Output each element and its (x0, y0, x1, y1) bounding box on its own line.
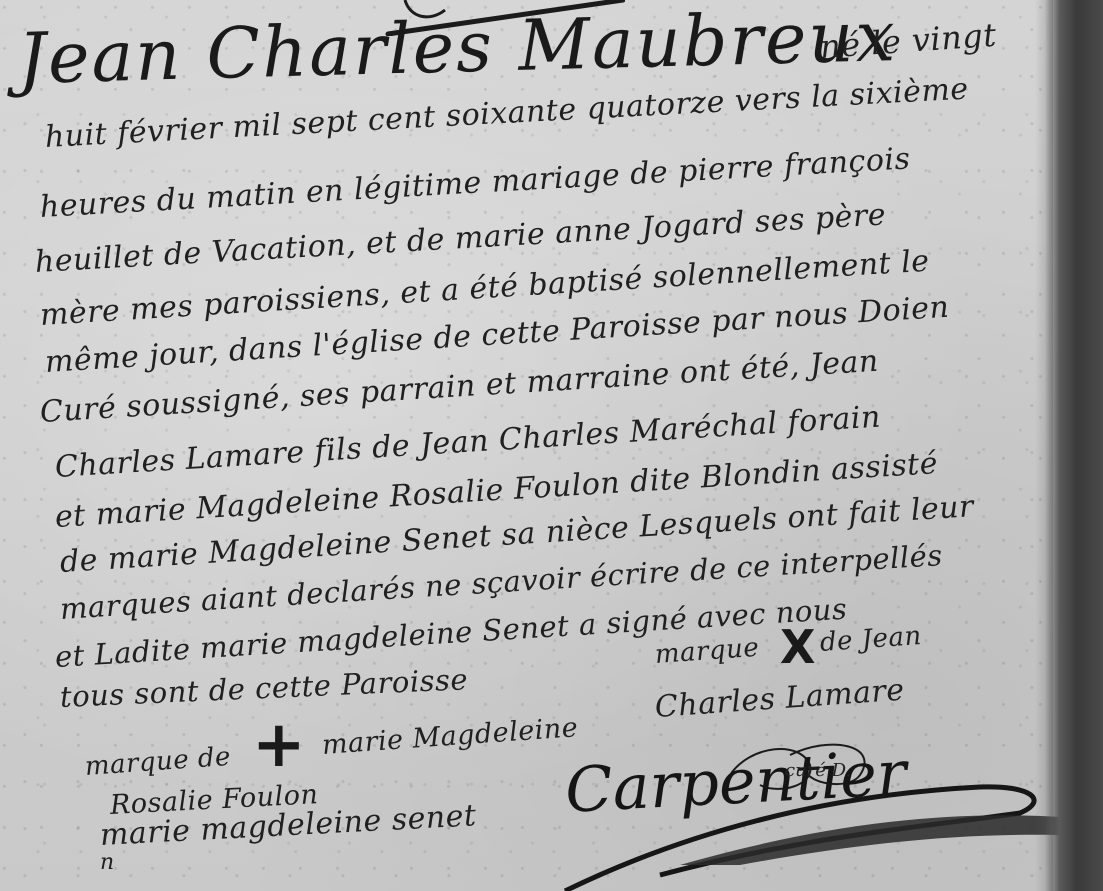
godfather-x-mark-icon: X (780, 620, 815, 674)
witness-initial: n (100, 850, 115, 875)
godfather-name: Charles Lamare (654, 673, 906, 725)
book-binding (1045, 0, 1103, 891)
godmother-mark-prefix: marque de (84, 742, 232, 782)
priest-title: curé D. (785, 760, 851, 781)
godfather-mark-prefix: marque (654, 633, 760, 670)
godfather-mark-label: de Jean (819, 621, 923, 658)
godmother-mark-label: marie Magdeleine (321, 712, 579, 761)
document-page: Jean Charles Maubreux né le vingt huit f… (0, 0, 1103, 891)
godmother-cross-mark-icon: + (252, 708, 306, 782)
